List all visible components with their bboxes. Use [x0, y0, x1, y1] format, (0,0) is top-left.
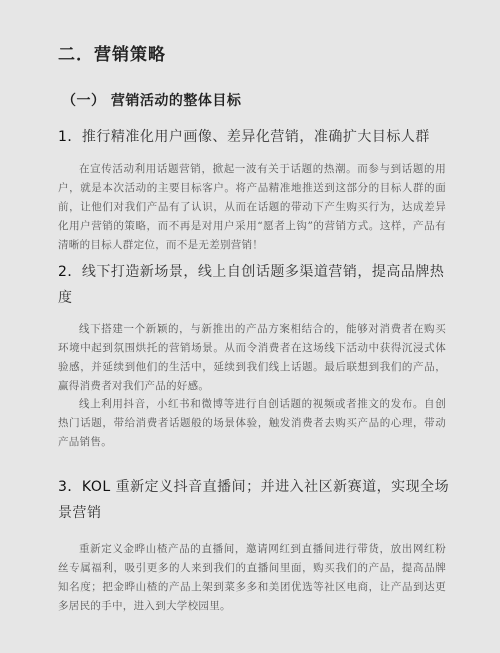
document-page: 二．营销策略 （一） 营销活动的整体目标 1．推行精准化用户画像、差异化营销，准…: [0, 0, 500, 653]
item-number: 2．: [58, 264, 82, 280]
item-heading-text: 重新定义抖音直播间；并进入社区新赛道，实现全场景营销: [58, 479, 449, 521]
section-title: 二．营销策略: [58, 40, 166, 65]
item-paragraph: 线下搭建一个新颖的，与新推出的产品方案相结合的，能够对消费者在购买环境中起到氛围…: [58, 320, 446, 396]
item-heading-text: 线下打造新场景，线上自创话题多渠道营销，提高品牌热度: [58, 264, 444, 306]
item-number: 1．: [58, 129, 82, 145]
item-number: 3．KOL: [58, 479, 111, 495]
item-paragraph: 重新定义金晔山楂产品的直播间，邀请网红到直播间进行带货，放出网红粉丝专属福利，吸…: [58, 540, 446, 616]
item-heading-1: 1．推行精准化用户画像、差异化营销，准确扩大目标人群: [58, 124, 458, 150]
item-paragraph: 在宣传活动利用话题营销，掀起一波有关于话题的热潮。而参与到话题的用户，就是本次活…: [58, 160, 446, 255]
item-paragraph: 线上利用抖音，小红书和微博等进行自创话题的视频或者推文的发布。自创热门话题，带给…: [58, 395, 446, 452]
item-heading-text: 推行精准化用户画像、差异化营销，准确扩大目标人群: [82, 129, 430, 145]
subsection-title: （一） 营销活动的整体目标: [62, 90, 241, 110]
item-heading-3: 3．KOL 重新定义抖音直播间；并进入社区新赛道，实现全场景营销: [58, 474, 458, 526]
item-heading-2: 2．线下打造新场景，线上自创话题多渠道营销，提高品牌热度: [58, 259, 458, 311]
